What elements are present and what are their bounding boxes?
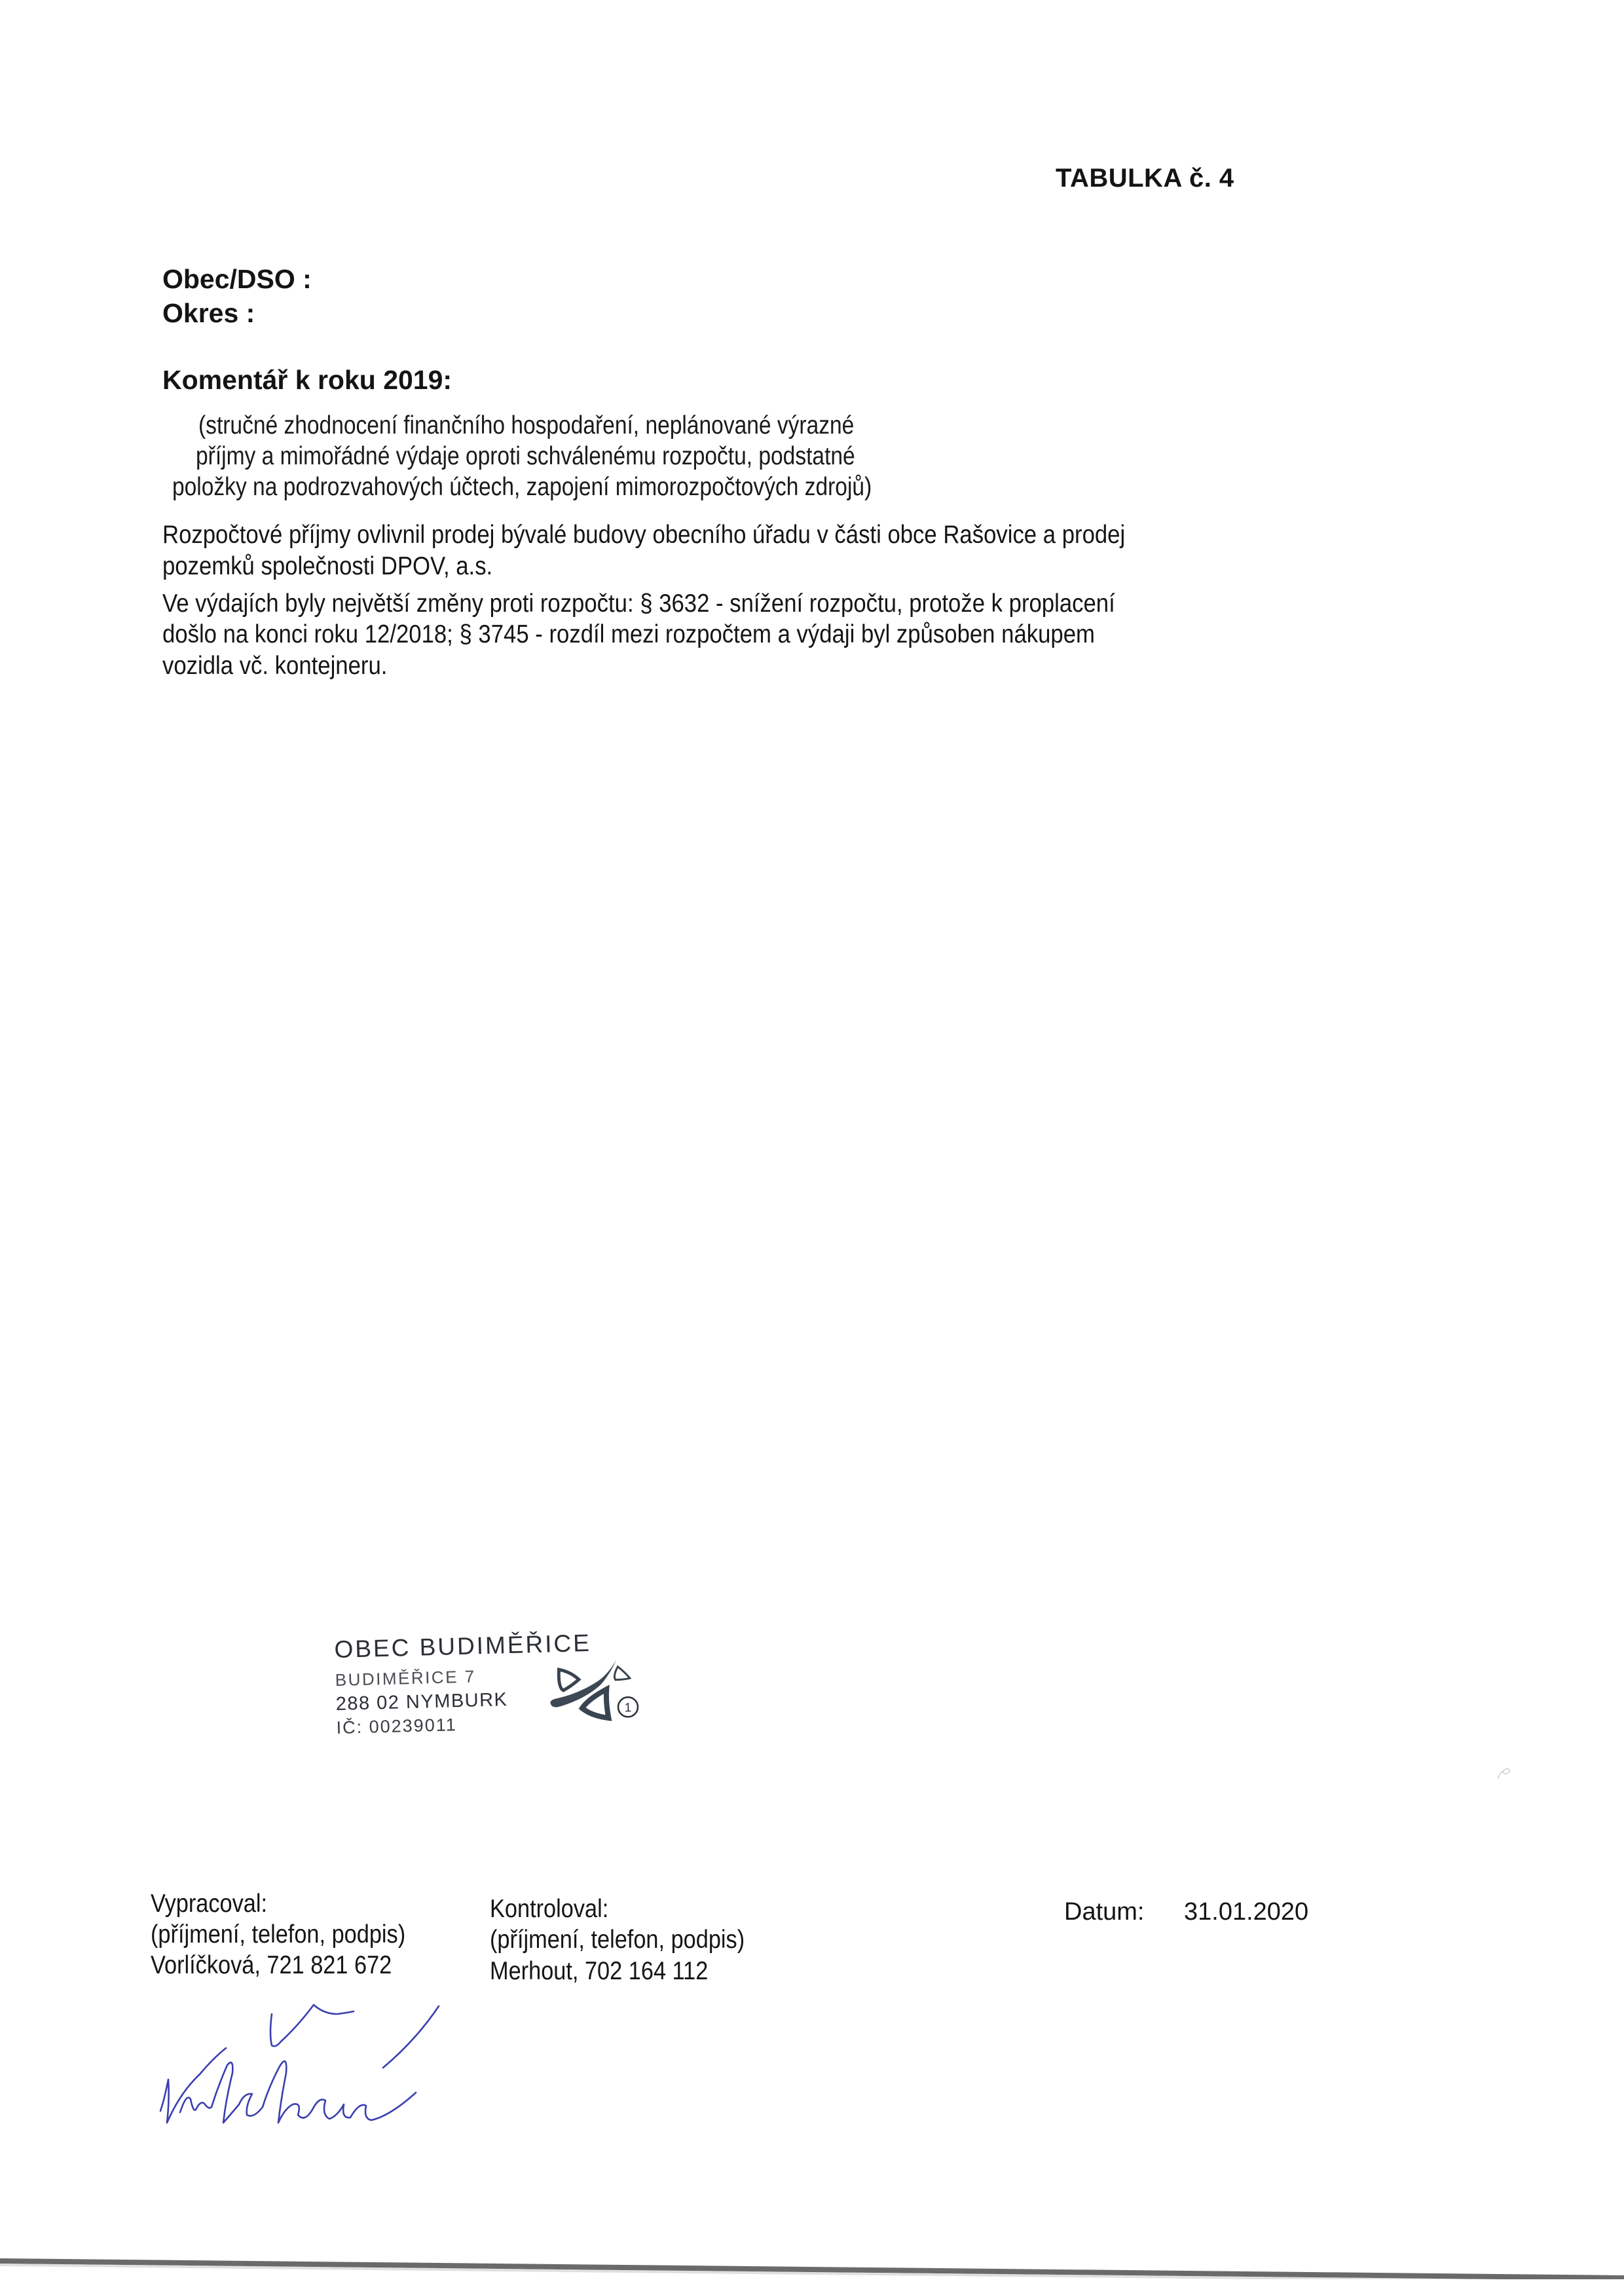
instruction-line: (stručné zhodnocení finančního hospodaře… (198, 411, 854, 440)
comment-line: Ve výdajích byly největší změny proti ro… (162, 589, 1115, 618)
instruction-line: položky na podrozvahových účtech, zapoje… (172, 473, 872, 502)
date-value: 31.01.2020 (1184, 1898, 1308, 1926)
obec-label: Obec/DSO : (162, 264, 312, 295)
svg-text:1: 1 (624, 1701, 631, 1715)
prepared-by-label: Vypracoval: (151, 1890, 267, 1918)
handwritten-signature-icon (141, 1994, 455, 2125)
checked-by-value: Merhout, 702 164 112 (490, 1957, 708, 1986)
checked-by-label: Kontroloval: (490, 1895, 608, 1924)
prepared-by-value: Vorlíčková, 721 821 672 (151, 1951, 392, 1980)
comment-heading: Komentář k roku 2019: (162, 365, 452, 396)
prepared-by-hint: (příjmení, telefon, podpis) (151, 1920, 405, 1949)
comment-line: pozemků společnosti DPOV, a.s. (162, 552, 492, 581)
scan-speck-icon (1493, 1762, 1513, 1782)
stamp-city: 288 02 NYMBURK (335, 1689, 508, 1715)
comment-line: Rozpočtové příjmy ovlivnil prodej bývalé… (162, 521, 1125, 550)
scan-edge-line (0, 2253, 1624, 2279)
checked-by-hint: (příjmení, telefon, podpis) (490, 1926, 745, 1954)
table-number-title: TABULKA č. 4 (1056, 164, 1234, 193)
stamp-ic: IČ: 00239011 (336, 1715, 457, 1738)
comment-line: došlo na konci roku 12/2018; § 3745 - ro… (162, 620, 1095, 649)
official-stamp: OBEC BUDIMĚŘICE BUDIMĚŘICE 7 288 02 NYMB… (334, 1628, 645, 1754)
instruction-line: příjmy a mimořádné výdaje oproti schvále… (196, 442, 855, 471)
stamp-address: BUDIMĚŘICE 7 (335, 1666, 476, 1690)
date-label: Datum: (1064, 1898, 1144, 1926)
municipal-emblem-icon: 1 (544, 1654, 644, 1729)
comment-line: vozidla vč. kontejneru. (162, 652, 387, 681)
okres-label: Okres : (162, 298, 255, 329)
